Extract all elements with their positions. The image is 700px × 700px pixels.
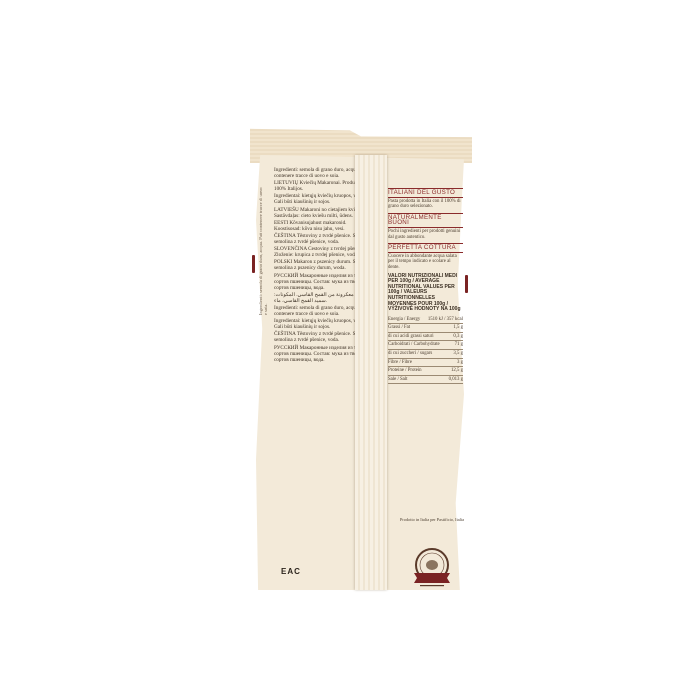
nutrition-label: Proteine / Protein bbox=[388, 368, 422, 374]
nutrition-value: 12,5 g bbox=[451, 368, 463, 374]
side-flap-text: Ingredienti: semola di grano duro, acqua… bbox=[258, 185, 268, 315]
red-print-mark-left bbox=[252, 255, 255, 273]
heritage-seal-logo-icon bbox=[410, 545, 454, 589]
nutrition-label: Grassi / Fat bbox=[388, 325, 410, 331]
nutrition-label: di cui acidi grassi saturi bbox=[388, 334, 434, 340]
section-title: NATURALMENTE BUONI bbox=[388, 213, 463, 228]
nutrition-row: Proteine / Protein12,5 g bbox=[388, 367, 463, 376]
nutrition-value: 3,5 g bbox=[453, 351, 463, 357]
section-body: Pochi ingredienti per prodotti genuini d… bbox=[388, 229, 463, 240]
nutrition-value: 0,013 g bbox=[449, 377, 463, 383]
nutrition-row: di cui zuccheri / sugars3,5 g bbox=[388, 350, 463, 359]
nutrition-row: Sale / Salt0,013 g bbox=[388, 376, 463, 385]
producer-text: Prodotto in Italia per Pastificio, Itali… bbox=[400, 517, 464, 522]
section-body: Pasta prodotta in Italia con il 100% di … bbox=[388, 199, 463, 210]
nutrition-value: 3 g bbox=[457, 360, 463, 366]
nutrition-label: Carboidrati / Carbohydrate bbox=[388, 342, 440, 348]
left-side-flap: Ingredienti: semola di grano duro, acqua… bbox=[258, 185, 272, 575]
nutrition-value: 1510 kJ / 357 kcal bbox=[428, 317, 463, 323]
nutrition-label: Energia / Energy bbox=[388, 317, 420, 323]
section-body: Cuocere in abbondante acqua salata per i… bbox=[388, 254, 463, 271]
nutrition-row: di cui acidi grassi saturi0,3 g bbox=[388, 333, 463, 342]
eac-certification-mark: EAC bbox=[281, 567, 301, 576]
nutrition-value: 1,5 g bbox=[453, 325, 463, 331]
nutrition-heading: VALORI NUTRIZIONALI MEDI PER 100g / AVER… bbox=[388, 274, 463, 313]
nutrition-value: 0,3 g bbox=[453, 334, 463, 340]
pasta-package: Ingredienti: semola di grano duro, acqua… bbox=[250, 125, 472, 595]
nutrition-row: Grassi / Fat1,5 g bbox=[388, 324, 463, 333]
vertical-back-seam bbox=[355, 155, 387, 590]
nutrition-value: 71 g bbox=[455, 342, 463, 348]
nutrition-label: Sale / Salt bbox=[388, 377, 407, 383]
section-title: ITALIANI DEL GUSTO bbox=[388, 188, 463, 198]
red-print-mark-right bbox=[465, 275, 468, 293]
product-info-column: ITALIANI DEL GUSTO Pasta prodotta in Ita… bbox=[388, 185, 463, 585]
nutrition-row: Energia / Energy1510 kJ / 357 kcal bbox=[388, 316, 463, 325]
nutrition-label: Fibre / Fibre bbox=[388, 360, 412, 366]
section-title: PERFETTA COTTURA bbox=[388, 243, 463, 253]
nutrition-row: Fibre / Fibre3 g bbox=[388, 359, 463, 368]
nutrition-label: di cui zuccheri / sugars bbox=[388, 351, 432, 357]
nutrition-row: Carboidrati / Carbohydrate71 g bbox=[388, 341, 463, 350]
